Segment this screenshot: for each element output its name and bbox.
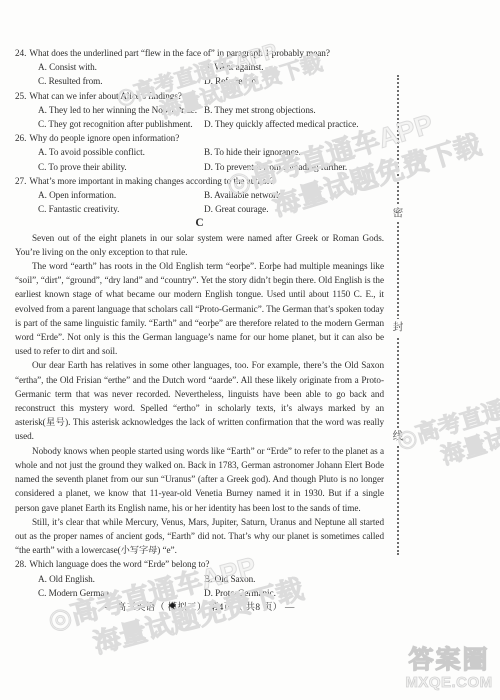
section-c-heading: C bbox=[15, 216, 384, 230]
question-number: 27. bbox=[15, 176, 26, 186]
answer-site-watermark: 答案圈 MXQE.COM bbox=[400, 647, 498, 691]
option-c: C. Modern German. bbox=[38, 586, 204, 600]
question-options: A. To avoid possible conflict. B. To hid… bbox=[38, 145, 384, 173]
watermark-app-edge: ◎高考直通车APP 海量试题免费下载 bbox=[392, 359, 500, 482]
watermark-line-1: ◎高考直通车APP bbox=[392, 359, 500, 455]
passage-paragraph-2: The word “earth” has roots in the Old En… bbox=[15, 259, 384, 358]
answer-site-logo: 答案圈 bbox=[400, 647, 498, 674]
passage-paragraph-3: Our dear Earth has relatives in some oth… bbox=[15, 358, 384, 443]
question-number: 24. bbox=[15, 48, 26, 58]
option-b: B. Available networks. bbox=[204, 188, 384, 202]
question-text: What does the underlined part “flew in t… bbox=[29, 48, 330, 58]
question-stem: 25.What can we infer about Alice’s findi… bbox=[15, 89, 384, 103]
question-text: Which language does the word “Erde” belo… bbox=[29, 559, 209, 569]
option-d: D. To prevent it from spreading further. bbox=[204, 160, 384, 174]
question-options: A. They led to her winning the Nobel Pri… bbox=[38, 103, 384, 131]
option-b: B. To hide their ignorance. bbox=[204, 145, 384, 159]
passage-paragraph-1: Seven out of the eight planets in our so… bbox=[15, 231, 384, 259]
option-a: A. Open information. bbox=[38, 188, 204, 202]
question-options: A. Open information. B. Available networ… bbox=[38, 188, 384, 216]
question-options: A. Old English. B. Old Saxon. C. Modern … bbox=[38, 572, 384, 600]
option-d: D. Great courage. bbox=[204, 202, 384, 216]
seal-char-feng: 封 bbox=[392, 319, 404, 336]
option-d: D. They quickly affected medical practic… bbox=[204, 117, 384, 131]
question-24: 24.What does the underlined part “flew i… bbox=[15, 46, 384, 89]
question-text: What can we infer about Alice’s findings… bbox=[29, 91, 182, 101]
option-b: B. Old Saxon. bbox=[204, 572, 384, 586]
question-text: Why do people ignore open information? bbox=[29, 133, 179, 143]
passage-paragraph-4: Nobody knows when people started using w… bbox=[15, 444, 384, 515]
option-d: D. Referred to. bbox=[204, 74, 384, 88]
question-text: What’s more important in making changes … bbox=[29, 176, 274, 186]
option-c: C. They got recognition after publishmen… bbox=[38, 117, 204, 131]
seal-char-mi: 密 bbox=[392, 205, 404, 222]
option-a: A. Consist with. bbox=[38, 60, 204, 74]
question-options: A. Consist with. B. Went against. C. Res… bbox=[38, 60, 384, 88]
page-footer: — 高三英语（ 模拟三） 第4页（ 共8 页） — bbox=[15, 601, 384, 615]
question-stem: 26.Why do people ignore open information… bbox=[15, 131, 384, 145]
option-c: C. Resulted from. bbox=[38, 74, 204, 88]
question-stem: 27.What’s more important in making chang… bbox=[15, 174, 384, 188]
passage-paragraph-5: Still, it’s clear that while Mercury, Ve… bbox=[15, 515, 384, 558]
question-stem: 28.Which language does the word “Erde” b… bbox=[15, 557, 384, 571]
question-stem: 24.What does the underlined part “flew i… bbox=[15, 46, 384, 60]
question-number: 25. bbox=[15, 91, 26, 101]
question-27: 27.What’s more important in making chang… bbox=[15, 174, 384, 217]
seal-dotted-line bbox=[397, 75, 399, 555]
option-a: A. They led to her winning the Nobel Pri… bbox=[38, 103, 204, 117]
question-25: 25.What can we infer about Alice’s findi… bbox=[15, 89, 384, 132]
option-b: B. They met strong objections. bbox=[204, 103, 384, 117]
ink-dot bbox=[170, 603, 175, 608]
exam-page-content: 24.What does the underlined part “flew i… bbox=[15, 46, 384, 615]
option-a: A. Old English. bbox=[38, 572, 204, 586]
question-26: 26.Why do people ignore open information… bbox=[15, 131, 384, 174]
answer-site-url: MXQE.COM bbox=[400, 674, 498, 691]
question-number: 26. bbox=[15, 133, 26, 143]
watermark-line-2: 海量试题免费下载 bbox=[436, 386, 500, 471]
question-number: 28. bbox=[15, 559, 26, 569]
option-d: D. Proto-Germanic. bbox=[204, 586, 384, 600]
option-c: C. Fantastic creativity. bbox=[38, 202, 204, 216]
seal-char-xian: 线 bbox=[392, 428, 404, 445]
question-28: 28.Which language does the word “Erde” b… bbox=[15, 557, 384, 600]
option-a: A. To avoid possible conflict. bbox=[38, 145, 204, 159]
option-c: C. To prove their ability. bbox=[38, 160, 204, 174]
option-b: B. Went against. bbox=[204, 60, 384, 74]
